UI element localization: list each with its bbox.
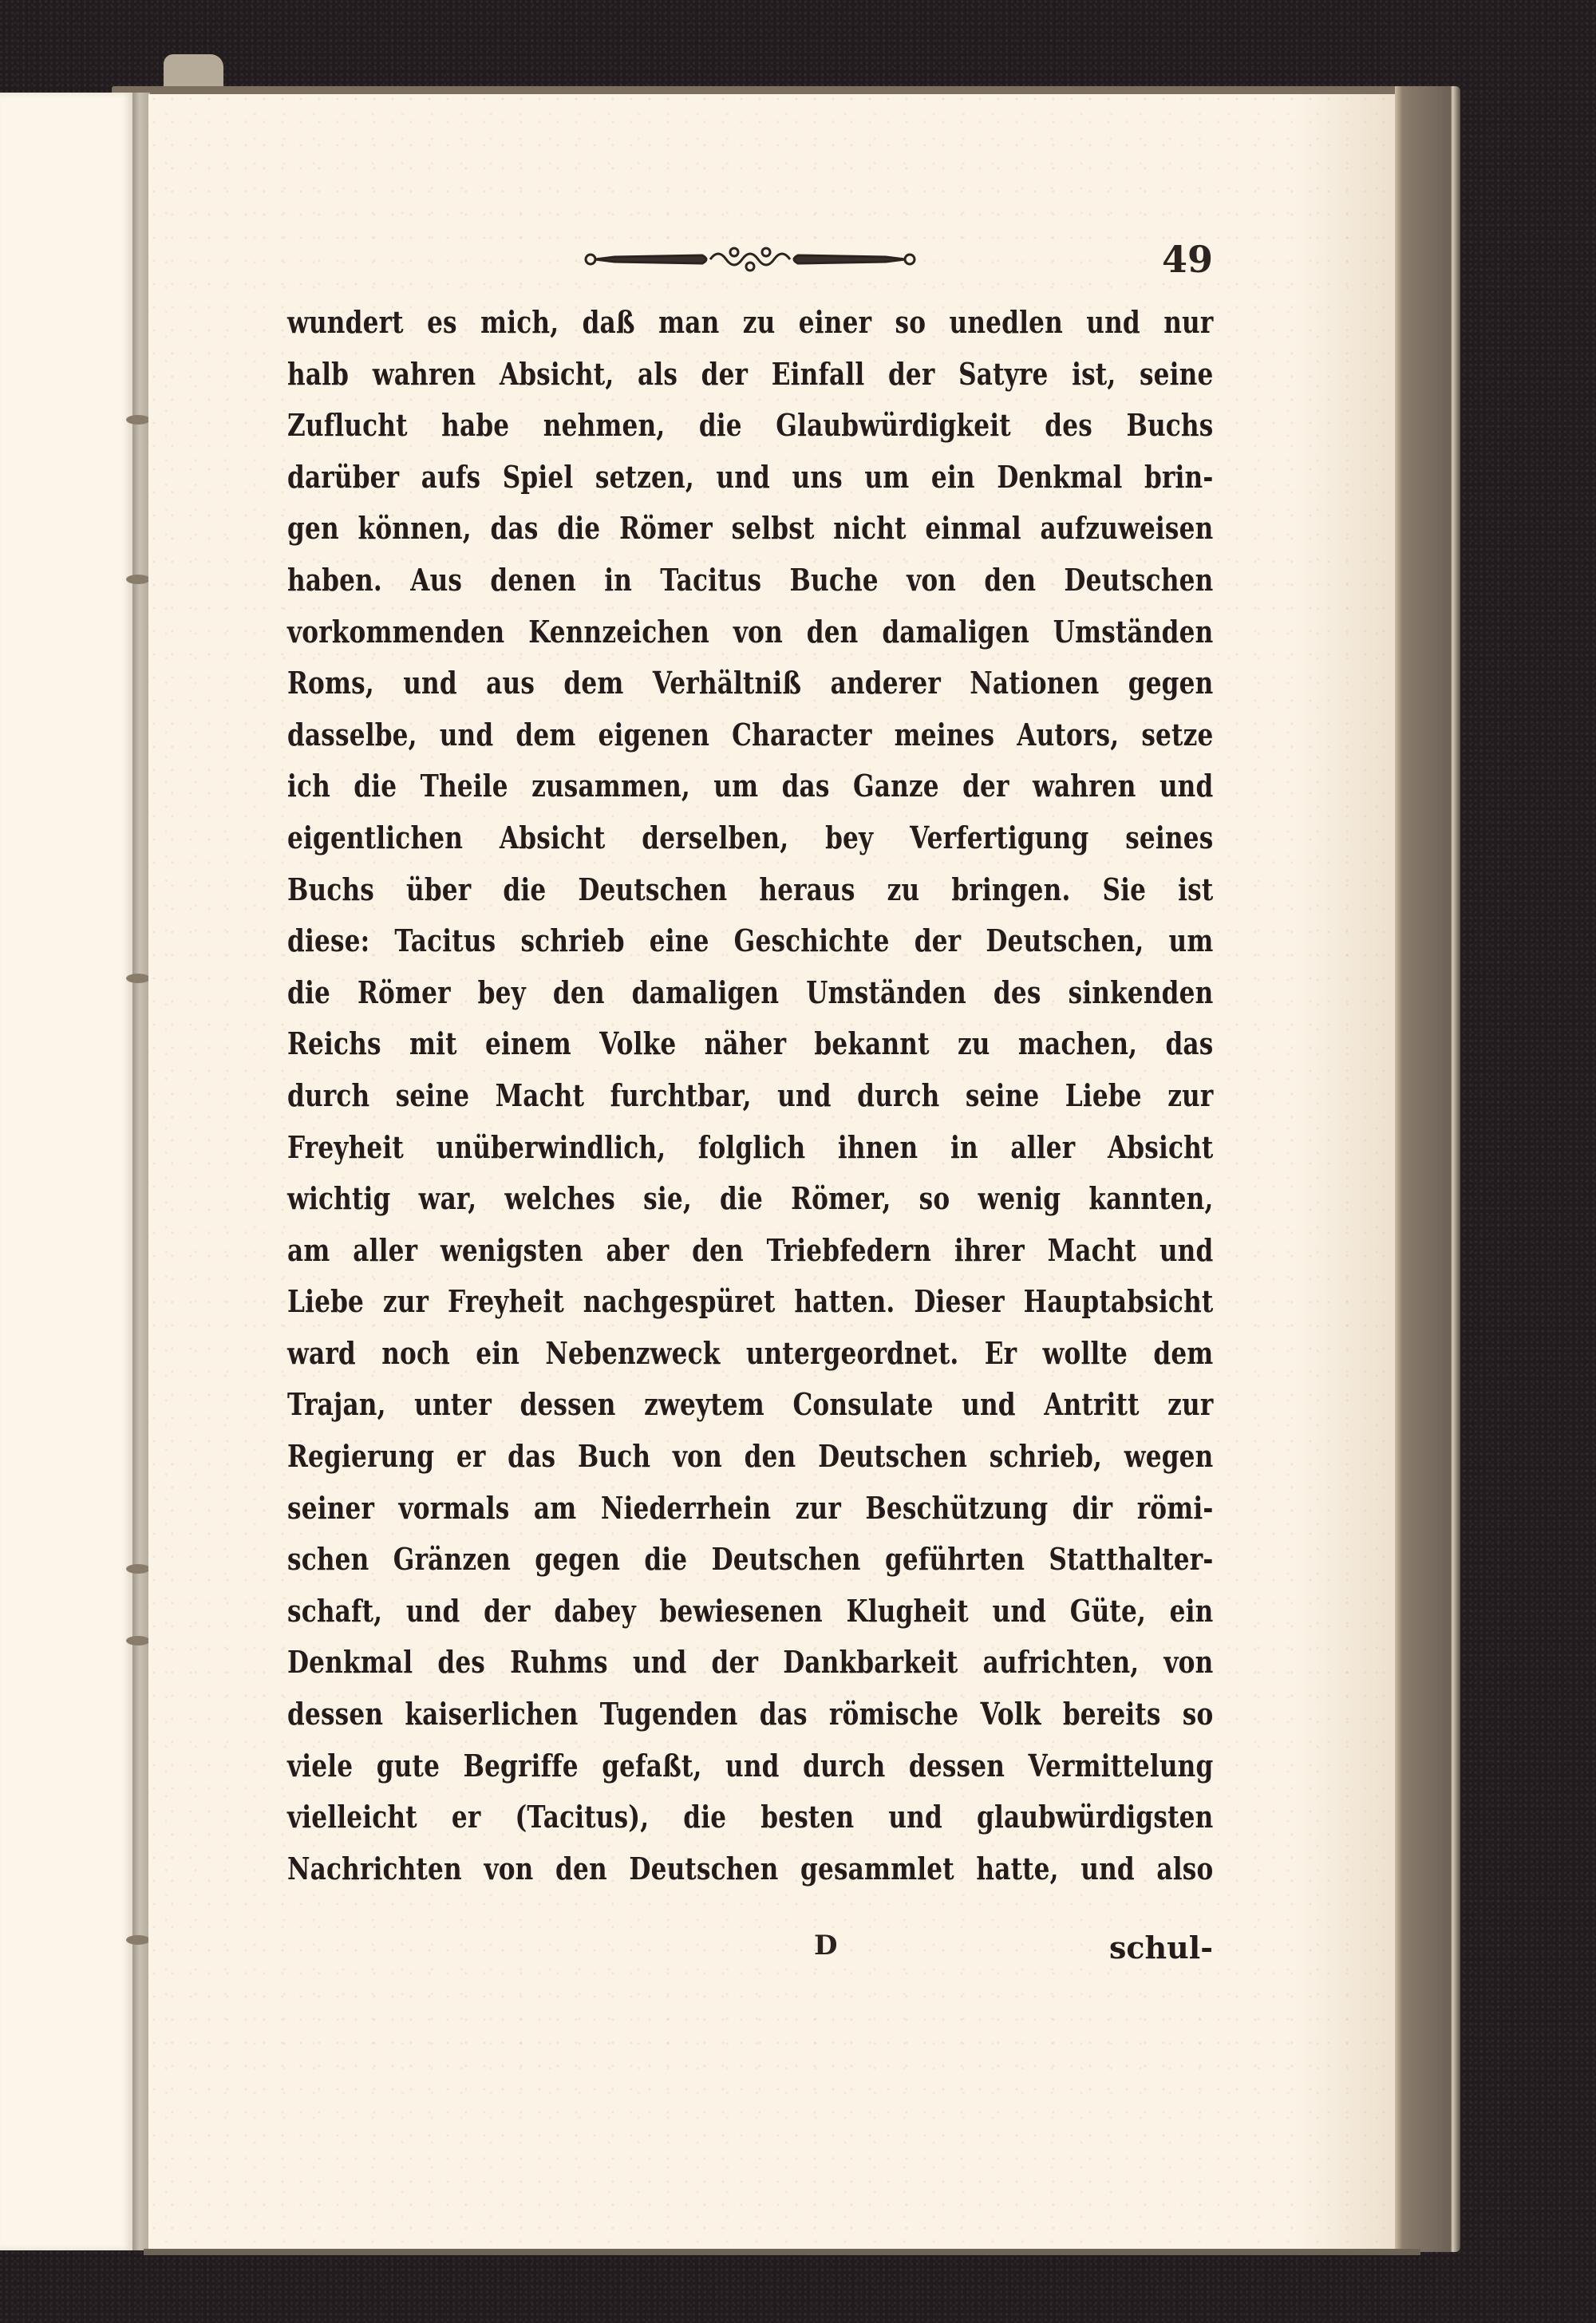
text-line: die Römer bey den damaligen Umständen de…	[287, 967, 1213, 1019]
binding-stitch	[126, 974, 150, 983]
text-line: ward noch ein Nebenzweck untergeordnet. …	[287, 1328, 1213, 1380]
open-book: 49 wundert es mich, daß man zu einer so …	[0, 0, 1596, 2323]
page-header: 49	[287, 239, 1213, 279]
text-line: Liebe zur Freyheit nachgespüret hatten. …	[287, 1276, 1213, 1328]
binding-stitch	[126, 1636, 150, 1645]
text-line: Regierung er das Buch von den Deutschen …	[287, 1431, 1213, 1483]
binding-stitch	[126, 415, 150, 425]
signature-mark: D	[814, 1930, 837, 1962]
text-line: wichtig war, welches sie, die Römer, so …	[287, 1173, 1213, 1225]
page-footer: D schul-	[287, 1930, 1213, 1977]
ornament-icon	[583, 246, 918, 273]
body-text: wundert es mich, daß man zu einer so une…	[287, 297, 1213, 1894]
text-line: durch seine Macht furchtbar, und durch s…	[287, 1070, 1213, 1122]
text-line: gen können, das die Römer selbst nicht e…	[287, 503, 1213, 555]
text-line: ich die Theile zusammen, um das Ganze de…	[287, 761, 1213, 812]
text-line: schaft, und der dabey bewiesenen Klughei…	[287, 1586, 1213, 1638]
binding-stitch	[126, 1564, 150, 1574]
page-number: 49	[1162, 238, 1213, 281]
text-line: Roms, und aus dem Verhältniß anderer Nat…	[287, 658, 1213, 709]
binding-stitch	[126, 575, 150, 584]
binding-stitch	[126, 1935, 150, 1945]
text-line: Buchs über die Deutschen heraus zu bring…	[287, 864, 1213, 916]
text-line: vielleicht er (Tacitus), die besten und …	[287, 1792, 1213, 1843]
text-line: wundert es mich, daß man zu einer so une…	[287, 297, 1213, 349]
text-line: dessen kaiserlichen Tugenden das römisch…	[287, 1689, 1213, 1740]
text-line: eigentlichen Absicht derselben, bey Verf…	[287, 812, 1213, 864]
text-line: darüber aufs Spiel setzen, und uns um ei…	[287, 452, 1213, 504]
text-line: vorkommenden Kennzeichen von den damalig…	[287, 606, 1213, 658]
text-line: haben. Aus denen in Tacitus Buche von de…	[287, 555, 1213, 606]
text-line: Nachrichten von den Deutschen gesammlet …	[287, 1843, 1213, 1895]
text-line: dasselbe, und dem eigenen Character mein…	[287, 709, 1213, 761]
text-line: Zuflucht habe nehmen, die Glaubwürdigkei…	[287, 400, 1213, 452]
text-line: Freyheit unüberwindlich, folglich ihnen …	[287, 1122, 1213, 1174]
text-line: halb wahren Absicht, als der Einfall der…	[287, 349, 1213, 401]
catchword: schul-	[1109, 1930, 1213, 1965]
text-line: Reichs mit einem Volke näher bekannt zu …	[287, 1018, 1213, 1070]
text-line: viele gute Begriffe gefaßt, und durch de…	[287, 1740, 1213, 1792]
book-board-bottom-edge	[144, 2249, 1420, 2255]
text-line: Denkmal des Ruhms und der Dankbarkeit au…	[287, 1637, 1213, 1689]
text-line: am aller wenigsten aber den Triebfedern …	[287, 1225, 1213, 1277]
text-line: seiner vormals am Niederrhein zur Beschü…	[287, 1483, 1213, 1535]
book-board-right-edge	[1395, 86, 1460, 2252]
text-line: schen Gränzen gegen die Deutschen geführ…	[287, 1534, 1213, 1586]
left-page-edge	[0, 93, 132, 2250]
text-line: Trajan, unter dessen zweytem Consulate u…	[287, 1379, 1213, 1431]
text-line: diese: Tacitus schrieb eine Geschichte d…	[287, 915, 1213, 967]
